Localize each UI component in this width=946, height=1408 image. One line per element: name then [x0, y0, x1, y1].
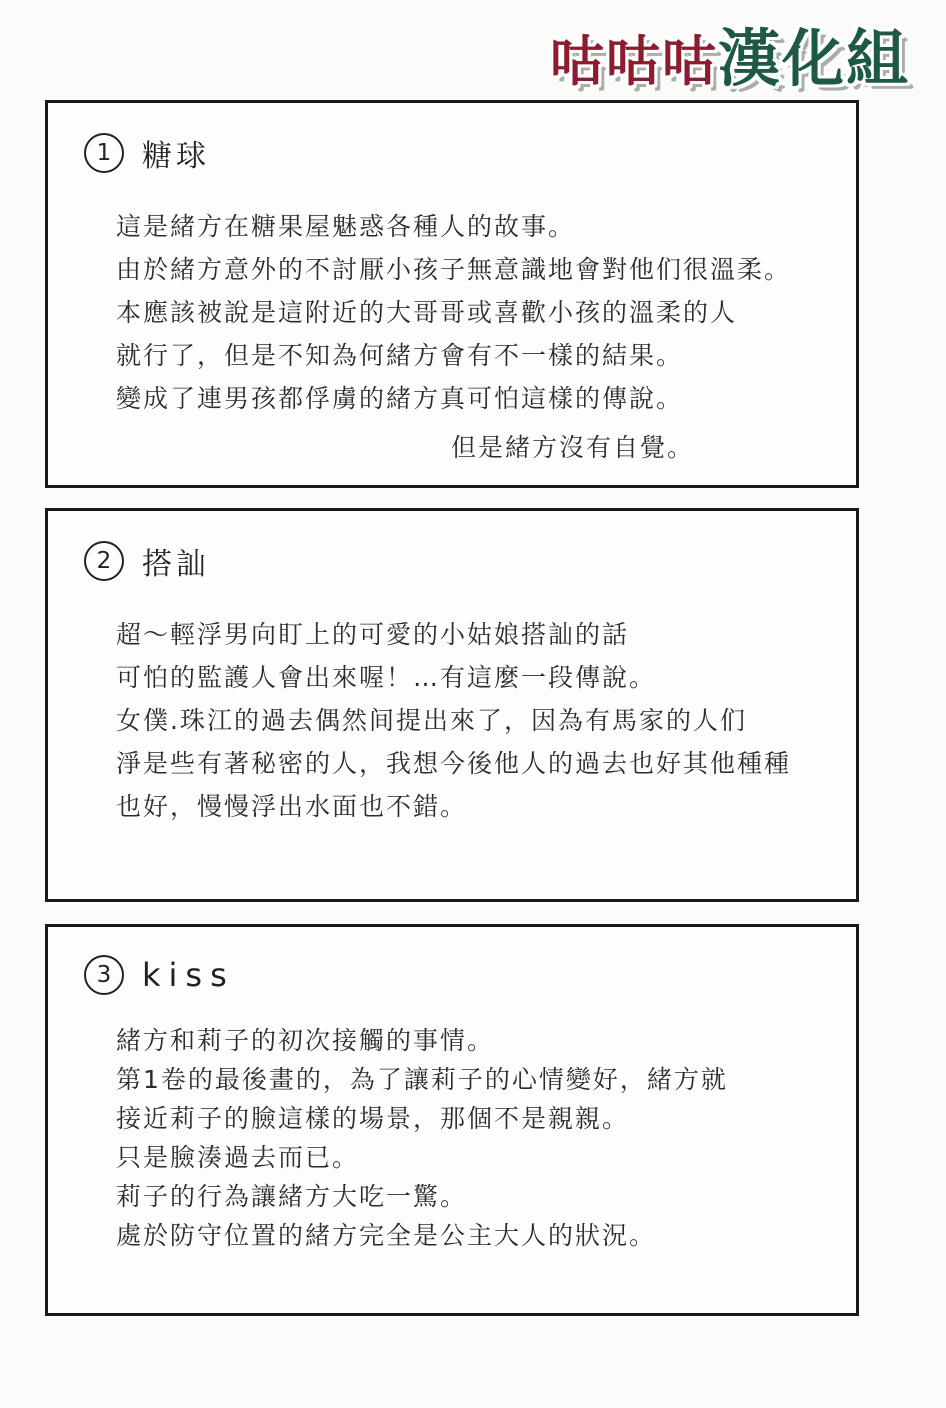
section-3-title: kiss: [142, 956, 235, 994]
note-box-2: 2 搭訕 超～輕浮男向盯上的可愛的小姑娘搭訕的話 可怕的監護人會出來喔！…有這麼…: [45, 508, 859, 902]
section-1-footer-line: 但是緒方沒有自覺。: [48, 426, 856, 469]
paragraph-line: 由於緒方意外的不討厭小孩子無意識地會對他们很溫柔。: [116, 248, 826, 291]
paragraph-line: 接近莉子的臉這樣的場景，那個不是親親。: [116, 1099, 826, 1138]
paragraph-line: 可怕的監護人會出來喔！…有這麼一段傳說。: [116, 656, 826, 699]
scanlation-group-logo: 咕咕咕漢化組: [550, 28, 910, 90]
logo-text-green: 漢化組: [718, 22, 910, 95]
section-2-title: 搭訕: [142, 539, 210, 583]
section-1-title: 糖球: [142, 131, 210, 175]
section-1-paragraph: 這是緒方在糖果屋魅惑各種人的故事。 由於緒方意外的不討厭小孩子無意識地會對他们很…: [116, 205, 826, 420]
paragraph-line: 超～輕浮男向盯上的可愛的小姑娘搭訕的話: [116, 613, 826, 656]
scanned-notes-page: 咕咕咕漢化組 1 糖球 這是緒方在糖果屋魅惑各種人的故事。 由於緒方意外的不討厭…: [0, 0, 946, 1408]
section-3-title-row: 3 kiss: [84, 955, 856, 995]
section-3-paragraph: 緒方和莉子的初次接觸的事情。 第1卷的最後畫的，為了讓莉子的心情變好，緒方就 接…: [116, 1021, 826, 1255]
paragraph-line: 處於防守位置的緒方完全是公主大人的狀況。: [116, 1216, 826, 1255]
section-3-number-badge: 3: [84, 955, 124, 995]
paragraph-line: 莉子的行為讓緒方大吃一驚。: [116, 1177, 826, 1216]
paragraph-line: 就行了，但是不知為何緒方會有不一樣的結果。: [116, 334, 826, 377]
section-2-title-row: 2 搭訕: [84, 539, 856, 583]
paragraph-line: 女僕.珠江的過去偶然间提出來了，因為有馬家的人们: [116, 699, 826, 742]
section-1-title-row: 1 糖球: [84, 131, 856, 175]
paragraph-line: 第1卷的最後畫的，為了讓莉子的心情變好，緒方就: [116, 1060, 826, 1099]
paragraph-line: 淨是些有著秘密的人，我想今後他人的過去也好其他種種: [116, 742, 826, 785]
paragraph-line: 本應該被說是這附近的大哥哥或喜歡小孩的溫柔的人: [116, 291, 826, 334]
paragraph-line: 只是臉湊過去而已。: [116, 1138, 826, 1177]
section-1-number-badge: 1: [84, 133, 124, 173]
paragraph-line: 這是緒方在糖果屋魅惑各種人的故事。: [116, 205, 826, 248]
section-2-paragraph: 超～輕浮男向盯上的可愛的小姑娘搭訕的話 可怕的監護人會出來喔！…有這麼一段傳說。…: [116, 613, 826, 828]
paragraph-line: 緒方和莉子的初次接觸的事情。: [116, 1021, 826, 1060]
paragraph-line: 也好，慢慢浮出水面也不錯。: [116, 785, 826, 828]
section-2-number-badge: 2: [84, 541, 124, 581]
logo-text-red: 咕咕咕: [550, 30, 718, 93]
paragraph-line: 變成了連男孩都俘虜的緒方真可怕這樣的傳說。: [116, 377, 826, 420]
note-box-3: 3 kiss 緒方和莉子的初次接觸的事情。 第1卷的最後畫的，為了讓莉子的心情變…: [45, 924, 859, 1316]
note-box-1: 1 糖球 這是緒方在糖果屋魅惑各種人的故事。 由於緒方意外的不討厭小孩子無意識地…: [45, 100, 859, 488]
